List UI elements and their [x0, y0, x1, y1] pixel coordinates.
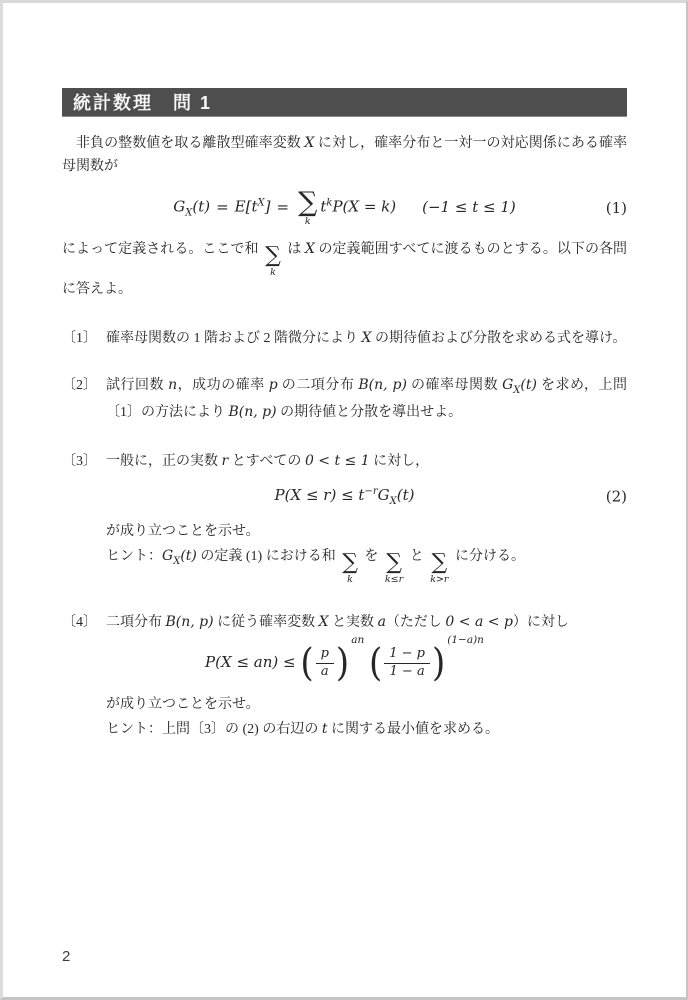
math-token: G — [173, 198, 185, 216]
text-segment: の確率母関数 — [407, 378, 502, 393]
math-segment: X — [304, 135, 314, 151]
math-segment: 0 < t ≤ 1 — [305, 453, 370, 469]
math-subscript: X — [390, 496, 397, 507]
intro-paragraph: 非負の整数値を取る離散型確率変数 X に対し，確率分布と一対一の対応関係にある確… — [62, 132, 627, 178]
text-segment: 確率母関数の 1 階および 2 階微分により — [106, 331, 362, 346]
math-token: P(X = k) — [332, 198, 396, 216]
text-segment: ，成功の確率 — [177, 378, 269, 393]
sum-symbol: ∑k — [265, 246, 281, 277]
item-text: 試行回数 n，成功の確率 p の二項分布 B(n, p) の確率母関数 GX(t… — [106, 374, 627, 425]
hint-text: ヒント：GX(t) の定義 (1) における和 ∑k を ∑k≤r と ∑k>r… — [106, 545, 627, 584]
text-segment: ヒント： — [106, 549, 162, 564]
text-segment: 二項分布 — [106, 615, 166, 630]
equation-condition: (−1 ≤ t ≤ 1) — [422, 198, 516, 216]
math-token: P(X ≤ r) ≤ t — [275, 486, 365, 504]
item-label: 〔1〕 — [62, 327, 106, 350]
right-paren: ) — [432, 646, 445, 680]
text-segment: に関する最小値を求める。 — [327, 722, 499, 737]
section-title: 統計数理 問 1 — [73, 89, 212, 115]
math-superscript: −r — [364, 486, 377, 497]
text-segment: ヒント：上問〔3〕の (2) の右辺の — [106, 722, 322, 737]
question-item-3: 〔3〕 一般に，正の実数 r とすべての 0 < t ≤ 1 に対し， P(X … — [62, 450, 627, 584]
math-segment: B(n, p) — [358, 377, 407, 393]
text-segment: は — [284, 242, 305, 257]
math-segment: GX — [162, 549, 180, 564]
hint-text: ヒント：上問〔3〕の (2) の右辺の t に関する最小値を求める。 — [106, 718, 627, 741]
left-paren: ( — [369, 646, 382, 680]
question-item-4: 〔4〕 二項分布 B(n, p) に従う確率変数 X と実数 a（ただし 0 <… — [62, 611, 627, 741]
item-intro: 二項分布 B(n, p) に従う確率変数 X と実数 a（ただし 0 < a <… — [106, 611, 627, 634]
math-segment: X — [362, 330, 372, 346]
text-segment: に分ける。 — [451, 549, 525, 564]
sum-symbol: ∑k — [298, 190, 317, 226]
text-segment: （ただし — [386, 615, 446, 630]
equation-number: (2) — [606, 485, 627, 508]
intro-paragraph-2: によって定義される。ここで和 ∑k は X の定義範囲すべてに渡るものとする。以… — [62, 238, 627, 300]
text-segment: の二項分布 — [278, 378, 359, 393]
math-segment: B(n, p) — [166, 614, 214, 630]
text-segment: 非負の整数値を取る離散型確率変数 — [76, 136, 304, 151]
math-segment: n — [168, 377, 177, 393]
text-segment: とすべての — [228, 454, 305, 469]
right-paren: ) — [336, 646, 349, 680]
item-text: 確率母関数の 1 階および 2 階微分により X の期待値および分散を求める式を… — [106, 327, 627, 350]
math-segment: (t) — [180, 548, 197, 564]
math-token: P(X ≤ an) ≤ — [205, 653, 296, 671]
sum-symbol: ∑k≤r — [385, 553, 403, 584]
math-segment: X — [305, 241, 315, 257]
item-followup: が成り立つことを示せ。 — [106, 693, 627, 716]
equation-2: P(X ≤ r) ≤ t−rGX(t) (2) — [62, 480, 627, 513]
document-page: 統計数理 問 1 非負の整数値を取る離散型確率変数 X に対し，確率分布と一対一… — [0, 0, 688, 1000]
item-text: 一般に，正の実数 r とすべての 0 < t ≤ 1 に対し， P(X ≤ r)… — [106, 450, 627, 584]
sum-symbol: ∑k — [342, 553, 358, 584]
text-segment: の定義 (1) における和 — [197, 549, 339, 564]
math-superscript: an — [351, 634, 364, 646]
item-label: 〔4〕 — [62, 611, 106, 634]
text-segment: の期待値と分散を導出せよ。 — [277, 405, 463, 420]
math-superscript: (1−a)n — [447, 634, 484, 646]
item-intro: 一般に，正の実数 r とすべての 0 < t ≤ 1 に対し， — [106, 450, 627, 473]
math-segment: B(n, p) — [229, 404, 277, 420]
math-segment: 0 < a < p — [445, 614, 512, 630]
math-segment: X — [319, 614, 329, 630]
text-segment: を — [361, 549, 382, 564]
fraction: pa — [316, 646, 334, 681]
math-token: E[t — [235, 198, 258, 216]
text-segment: 試行回数 — [106, 378, 168, 393]
sum-symbol: ∑k>r — [430, 553, 448, 584]
text-segment: の期待値および分散を求める式を導け。 — [371, 331, 626, 346]
math-segment: a — [378, 614, 386, 630]
page-content: 統計数理 問 1 非負の整数値を取る離散型確率変数 X に対し，確率分布と一対一… — [62, 3, 627, 741]
text-segment: に対し， — [370, 454, 430, 469]
item-label: 〔2〕 — [62, 374, 106, 397]
text-segment: に従う確率変数 — [214, 615, 319, 630]
item-text: 二項分布 B(n, p) に従う確率変数 X と実数 a（ただし 0 < a <… — [106, 611, 627, 741]
left-paren: ( — [300, 646, 313, 680]
math-segment: (t) — [520, 377, 537, 393]
equation-1: GX(t)=E[tX]=∑ktkP(X = k)(−1 ≤ t ≤ 1) (1) — [62, 190, 627, 226]
math-token: (t) — [397, 486, 415, 504]
question-item-1: 〔1〕 確率母関数の 1 階および 2 階微分により X の期待値および分散を求… — [62, 327, 627, 350]
math-token: G — [378, 486, 390, 504]
math-superscript: X — [258, 198, 265, 209]
section-header-bar: 統計数理 問 1 — [62, 88, 627, 116]
equals-sign: = — [216, 198, 229, 216]
equals-sign: = — [277, 198, 290, 216]
item-followup: が成り立つことを示せ。 — [106, 520, 627, 543]
text-segment: と実数 — [329, 615, 378, 630]
math-token: (t) — [192, 198, 210, 216]
equation-number: (1) — [606, 199, 627, 217]
page-number: 2 — [62, 948, 70, 965]
math-segment: GX — [502, 378, 520, 393]
question-item-2: 〔2〕 試行回数 n，成功の確率 p の二項分布 B(n, p) の確率母関数 … — [62, 374, 627, 425]
math-segment: p — [269, 377, 278, 393]
text-segment: ）に対し — [513, 615, 569, 630]
math-token: ] — [265, 198, 271, 216]
equation-3: P(X ≤ an) ≤ (pa)an (1 − p1 − a)(1−a)n — [62, 646, 627, 681]
text-segment: によって定義される。ここで和 — [62, 242, 262, 257]
text-segment: 一般に，正の実数 — [106, 454, 222, 469]
item-label: 〔3〕 — [62, 450, 106, 473]
fraction: 1 − p1 − a — [384, 646, 430, 681]
text-segment: と — [406, 549, 427, 564]
